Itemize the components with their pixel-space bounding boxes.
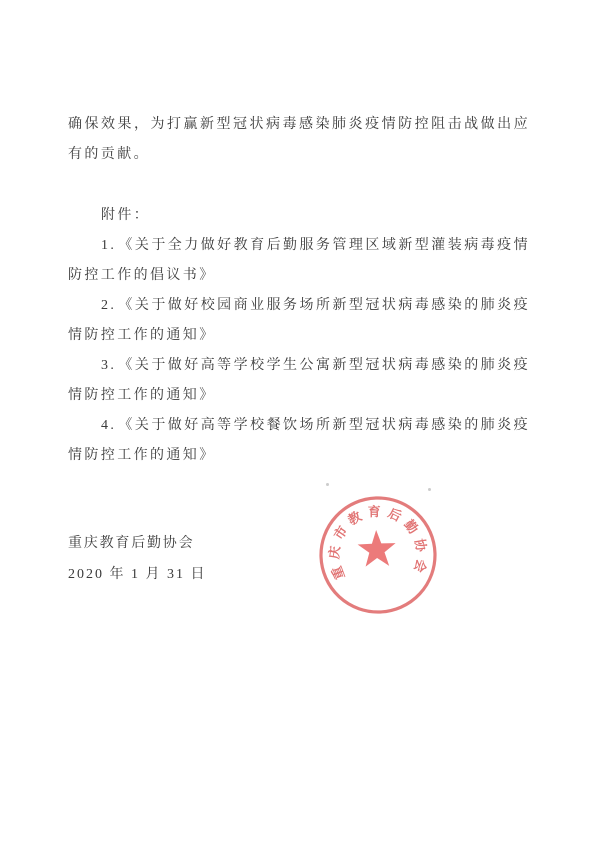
official-seal: 重庆市教育后勤协会 [304,481,453,630]
attachment-item-title: 《关于全力做好教育后勤服务管理区域新型灌装病毒疫情防控工作的倡议书》 [68,238,530,283]
attachment-item-title: 《关于做好高等学校学生公寓新型冠状病毒感染的肺炎疫情防控工作的通知》 [68,358,530,403]
closing-paragraph: 确保效果，为打赢新型冠状病毒感染肺炎疫情防控阻击战做出应有的贡献。 [68,110,530,170]
signature-organization: 重庆教育后勤协会 [68,529,530,559]
attachment-item-title: 《关于做好高等学校餐饮场所新型冠状病毒感染的肺炎疫情防控工作的通知》 [68,418,530,463]
document-page: 确保效果，为打赢新型冠状病毒感染肺炎疫情防控阻击战做出应有的贡献。 附件： 1.… [0,0,595,842]
attachment-item-number: 4. [101,418,116,433]
attachment-item-number: 1. [101,238,116,253]
attachment-item-title: 《关于做好校园商业服务场所新型冠状病毒感染的肺炎疫情防控工作的通知》 [68,298,530,343]
attachments-heading: 附件： [68,201,530,231]
attachment-item-number: 2. [101,298,116,313]
seal-star-icon [357,529,396,567]
attachment-item: 2.《关于做好校园商业服务场所新型冠状病毒感染的肺炎疫情防控工作的通知》 [68,291,530,351]
document-content: 确保效果，为打赢新型冠状病毒感染肺炎疫情防控阻击战做出应有的贡献。 附件： 1.… [68,110,530,590]
signature-date: 2020 年 1 月 31 日 [68,560,530,590]
attachment-item: 4.《关于做好高等学校餐饮场所新型冠状病毒感染的肺炎疫情防控工作的通知》 [68,411,530,471]
attachment-item-number: 3. [101,358,116,373]
attachment-item: 1.《关于全力做好教育后勤服务管理区域新型灌装病毒疫情防控工作的倡议书》 [68,231,530,291]
attachment-item: 3.《关于做好高等学校学生公寓新型冠状病毒感染的肺炎疫情防控工作的通知》 [68,351,530,411]
